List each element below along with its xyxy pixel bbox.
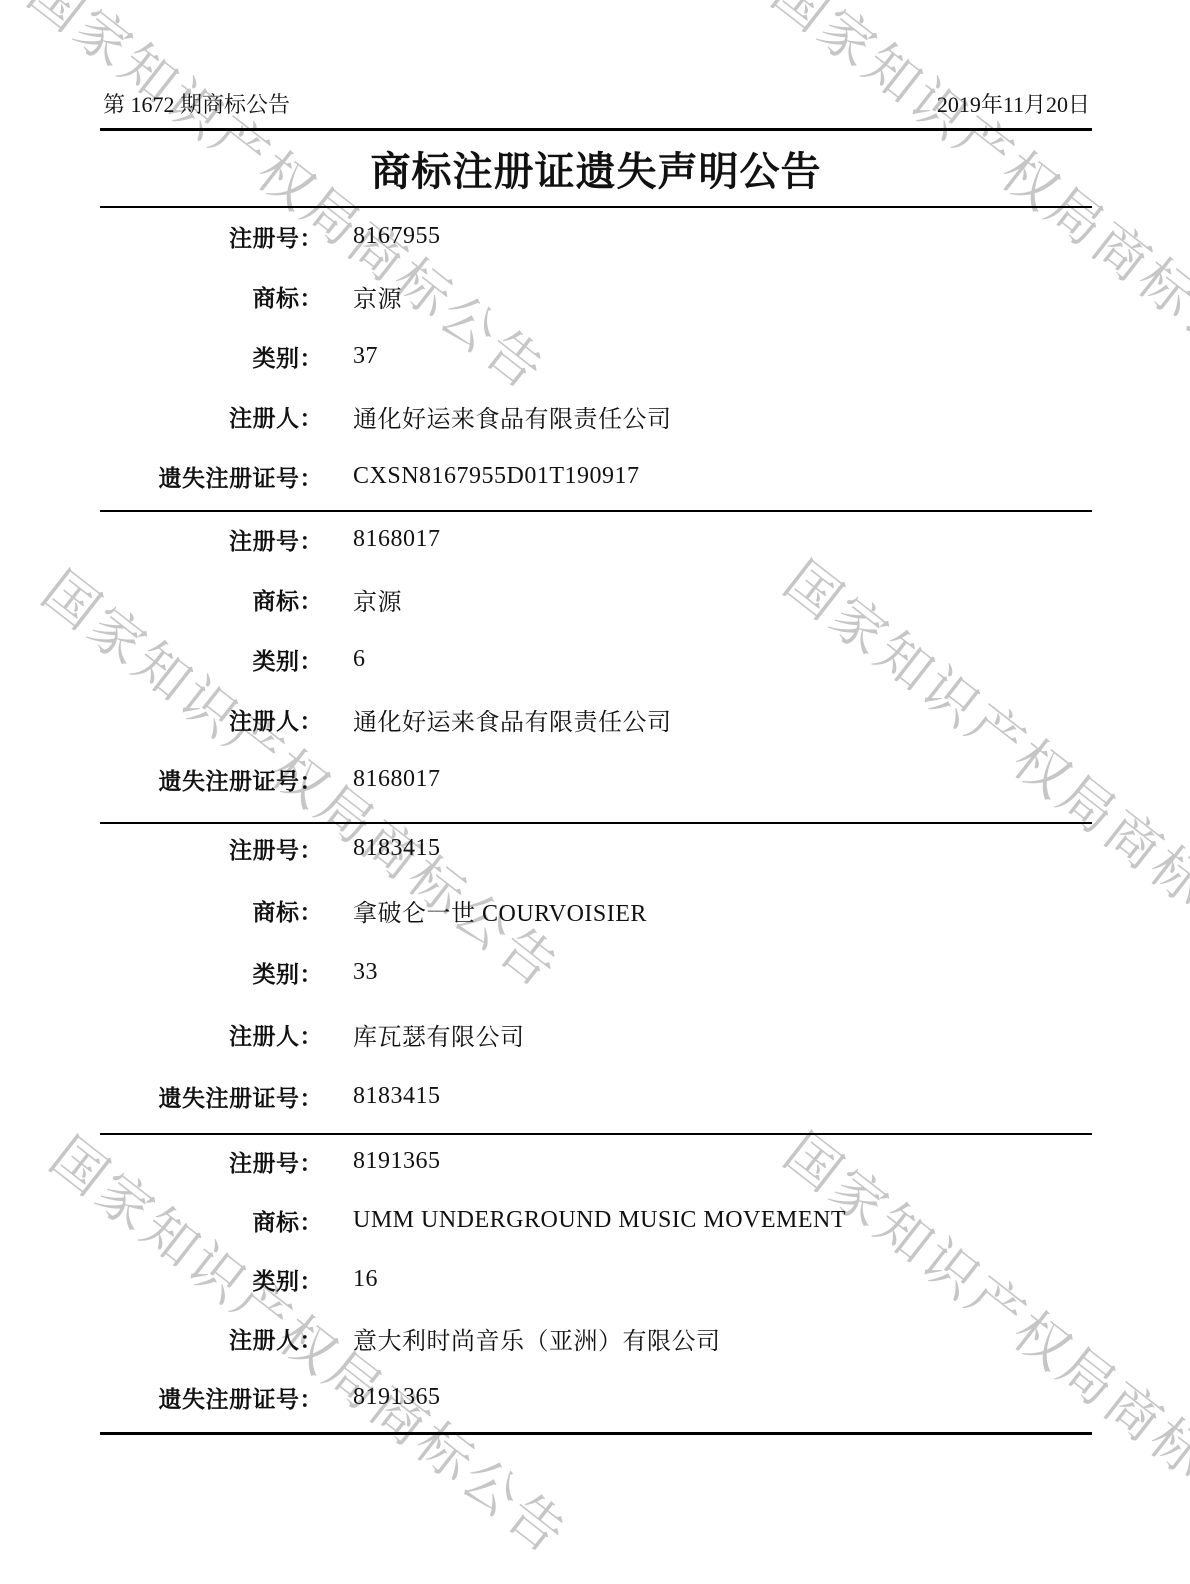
gazette-page: 国家知识产权局商标公告 国家知识产权局商标公告 国家知识产权局商标公告 国家知识…: [0, 0, 1190, 1584]
label-reg-no: 注册号：: [100, 523, 323, 556]
label-registrant: 注册人：: [100, 1322, 323, 1355]
label-reg-no: 注册号：: [100, 1145, 323, 1178]
record-row-registrant: 注册人： 意大利时尚音乐（亚洲）有限公司: [100, 1309, 1092, 1368]
label-lost-cert-no: 遗失注册证号：: [100, 1080, 323, 1113]
header-rule: [100, 128, 1092, 131]
record-row-registrant: 注册人： 库瓦瑟有限公司: [100, 1003, 1092, 1065]
label-reg-no: 注册号：: [100, 220, 323, 253]
record-row-lost-cert-no: 遗失注册证号： 8168017: [100, 749, 1092, 809]
value-category: 37: [353, 343, 378, 370]
label-registrant: 注册人：: [100, 400, 323, 433]
record-row-category: 类别： 6: [100, 629, 1092, 689]
value-trademark: 京源: [353, 582, 402, 617]
value-lost-cert-no: 8168017: [353, 766, 441, 793]
page-title: 商标注册证遗失声明公告: [100, 146, 1092, 198]
trademark-record-1: 注册号： 8167955 商标： 京源 类别： 37 注册人： 通化好运来食品有…: [100, 206, 1092, 506]
value-registrant: 库瓦瑟有限公司: [353, 1017, 525, 1052]
record-row-reg-no: 注册号： 8168017: [100, 509, 1092, 569]
label-lost-cert-no: 遗失注册证号：: [100, 460, 323, 493]
value-reg-no: 8191365: [353, 1148, 441, 1175]
value-registrant: 意大利时尚音乐（亚洲）有限公司: [353, 1321, 721, 1356]
label-registrant: 注册人：: [100, 1018, 323, 1051]
record-row-category: 类别： 37: [100, 326, 1092, 386]
label-category: 类别：: [100, 956, 323, 989]
value-category: 16: [353, 1266, 378, 1293]
value-registrant: 通化好运来食品有限责任公司: [353, 702, 672, 737]
gazette-date: 2019年11月20日: [937, 93, 1090, 117]
value-lost-cert-no: CXSN8167955D01T190917: [353, 463, 640, 490]
record-row-category: 类别： 33: [100, 941, 1092, 1003]
record-row-trademark: 商标： 京源: [100, 266, 1092, 326]
label-reg-no: 注册号：: [100, 832, 323, 865]
label-registrant: 注册人：: [100, 703, 323, 736]
value-trademark: 京源: [353, 279, 402, 314]
value-reg-no: 8168017: [353, 526, 441, 553]
record-row-lost-cert-no: 遗失注册证号： 8183415: [100, 1065, 1092, 1127]
trademark-record-4: 注册号： 8191365 商标： UMM UNDERGROUND MUSIC M…: [100, 1132, 1092, 1427]
record-row-reg-no: 注册号： 8183415: [100, 817, 1092, 879]
value-trademark: 拿破仑一世 COURVOISIER: [353, 893, 647, 928]
value-category: 33: [353, 959, 378, 986]
trademark-record-2: 注册号： 8168017 商标： 京源 类别： 6 注册人： 通化好运来食品有限…: [100, 509, 1092, 809]
label-category: 类别：: [100, 1263, 323, 1296]
value-registrant: 通化好运来食品有限责任公司: [353, 399, 672, 434]
record-row-lost-cert-no: 遗失注册证号： 8191365: [100, 1368, 1092, 1427]
record-row-registrant: 注册人： 通化好运来食品有限责任公司: [100, 689, 1092, 749]
value-reg-no: 8167955: [353, 223, 441, 250]
record-row-category: 类别： 16: [100, 1250, 1092, 1309]
record-row-trademark: 商标： 京源: [100, 569, 1092, 629]
label-lost-cert-no: 遗失注册证号：: [100, 1381, 323, 1414]
record-row-reg-no: 注册号： 8191365: [100, 1132, 1092, 1191]
record-row-trademark: 商标： 拿破仑一世 COURVOISIER: [100, 879, 1092, 941]
label-category: 类别：: [100, 340, 323, 373]
value-lost-cert-no: 8183415: [353, 1083, 441, 1110]
record-row-lost-cert-no: 遗失注册证号： CXSN8167955D01T190917: [100, 446, 1092, 506]
record-row-registrant: 注册人： 通化好运来食品有限责任公司: [100, 386, 1092, 446]
bottom-rule: [100, 1432, 1092, 1435]
label-lost-cert-no: 遗失注册证号：: [100, 763, 323, 796]
record-row-reg-no: 注册号： 8167955: [100, 206, 1092, 266]
value-reg-no: 8183415: [353, 835, 441, 862]
label-category: 类别：: [100, 643, 323, 676]
label-trademark: 商标：: [100, 583, 323, 616]
gazette-issue-label: 第 1672 期商标公告: [103, 93, 290, 117]
value-category: 6: [353, 646, 366, 673]
label-trademark: 商标：: [100, 280, 323, 313]
label-trademark: 商标：: [100, 1204, 323, 1237]
trademark-record-3: 注册号： 8183415 商标： 拿破仑一世 COURVOISIER 类别： 3…: [100, 817, 1092, 1127]
value-lost-cert-no: 8191365: [353, 1384, 441, 1411]
value-trademark: UMM UNDERGROUND MUSIC MOVEMENT: [353, 1207, 846, 1234]
record-row-trademark: 商标： UMM UNDERGROUND MUSIC MOVEMENT: [100, 1191, 1092, 1250]
label-trademark: 商标：: [100, 894, 323, 927]
